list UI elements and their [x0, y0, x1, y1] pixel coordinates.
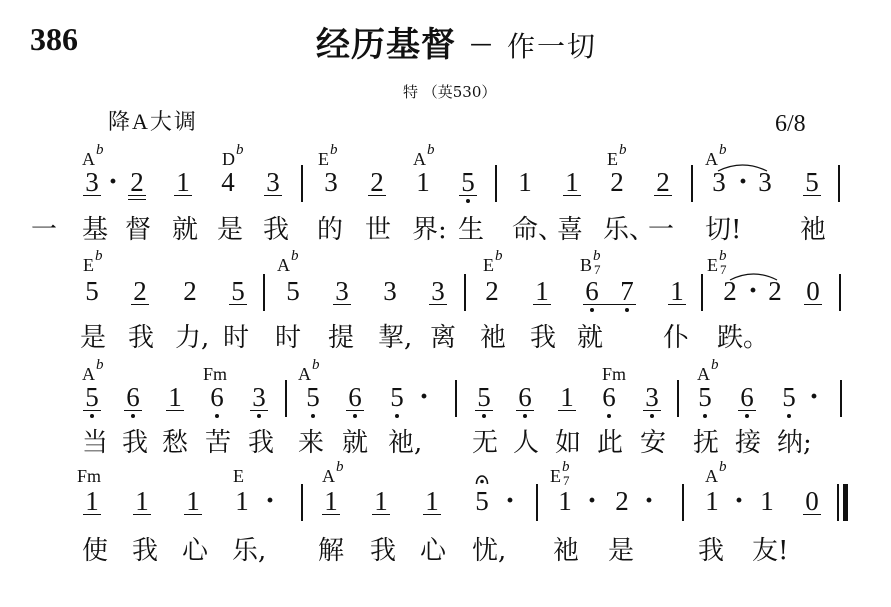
- note-digit: 1: [371, 491, 391, 511]
- flat-sign: b: [336, 459, 344, 475]
- note: 1: [321, 491, 341, 511]
- chord-root: E: [550, 467, 561, 485]
- chord-root: A: [705, 467, 718, 485]
- note: 1: [422, 491, 442, 511]
- lyric-syllable: 心: [182, 537, 208, 565]
- note: 1: [82, 491, 102, 511]
- note-digit: 0: [802, 491, 822, 511]
- augmentation-dot: ·: [260, 491, 280, 511]
- barline: [301, 484, 303, 521]
- chord-modifier: b: [335, 467, 347, 485]
- note-digit: 1: [232, 491, 252, 511]
- chord-root: A: [322, 467, 335, 485]
- duration-underline: [133, 514, 151, 515]
- note: 1: [371, 491, 391, 511]
- note-digit: 5: [472, 491, 492, 511]
- duration-underline: [423, 514, 441, 515]
- lyric-syllable: 我: [132, 537, 158, 565]
- lyric-syllable: 乐,: [232, 537, 266, 565]
- duration-underline: [322, 514, 340, 515]
- final-barline-thick: [843, 484, 848, 521]
- lyric-syllable: 我: [698, 537, 724, 565]
- chord-symbol: E: [233, 467, 244, 485]
- lyric-syllable: 友!: [752, 537, 788, 565]
- final-barline-thin: [837, 484, 839, 521]
- lyric-syllable: 祂: [553, 537, 579, 565]
- note: 1: [757, 491, 777, 511]
- note-digit: 1: [555, 491, 575, 511]
- system-4: FmEAbEb7Ab1111·1115·1·2·1·10使我心乐,解我心忧,祂是…: [0, 0, 891, 607]
- note-digit: 1: [702, 491, 722, 511]
- note: 1: [132, 491, 152, 511]
- note-digit: 1: [422, 491, 442, 511]
- note: 1: [232, 491, 252, 511]
- note-digit: 1: [132, 491, 152, 511]
- chord-root: E: [233, 467, 244, 485]
- note-digit: 1: [82, 491, 102, 511]
- augmentation-dot: ·: [500, 491, 520, 511]
- note-digit: 2: [612, 491, 632, 511]
- fermata-icon: [475, 472, 489, 484]
- chord-symbol: Fm: [77, 467, 101, 485]
- chord-modifier: b: [718, 467, 730, 485]
- chord-modifier: b7: [561, 467, 573, 485]
- augmentation-dot: ·: [639, 491, 659, 511]
- note: 0: [802, 491, 822, 511]
- chord-symbol: Ab: [705, 467, 730, 485]
- duration-underline: [803, 514, 821, 515]
- note: 1: [555, 491, 575, 511]
- note-digit: 1: [321, 491, 341, 511]
- augmentation-dot: ·: [729, 491, 749, 511]
- note: 5: [472, 491, 492, 511]
- chord-root: Fm: [77, 467, 101, 485]
- barline: [536, 484, 538, 521]
- dot-glyph: ·: [582, 491, 602, 511]
- augmentation-dot: ·: [582, 491, 602, 511]
- dot-glyph: ·: [639, 491, 659, 511]
- note: 1: [702, 491, 722, 511]
- barline: [682, 484, 684, 521]
- lyric-syllable: 使: [82, 537, 108, 565]
- lyric-syllable: 我: [370, 537, 396, 565]
- hymn-sheet: 386 经历基督 — 作一切 特 （英530） 降A大调 6/8 AbDbEbA…: [0, 0, 891, 607]
- flat-sign: b: [719, 459, 727, 475]
- lyric-syllable: 心: [420, 537, 446, 565]
- dot-glyph: ·: [729, 491, 749, 511]
- lyric-syllable: 解: [318, 537, 344, 565]
- chord-symbol: Eb7: [550, 467, 573, 485]
- chord-symbol: Ab: [322, 467, 347, 485]
- duration-underline: [372, 514, 390, 515]
- duration-underline: [83, 514, 101, 515]
- dot-glyph: ·: [500, 491, 520, 511]
- note-digit: 1: [183, 491, 203, 511]
- lyric-syllable: 是: [608, 537, 634, 565]
- dot-glyph: ·: [260, 491, 280, 511]
- duration-underline: [184, 514, 202, 515]
- lyric-syllable: 忧,: [472, 537, 506, 565]
- note-digit: 1: [757, 491, 777, 511]
- note: 2: [612, 491, 632, 511]
- note: 1: [183, 491, 203, 511]
